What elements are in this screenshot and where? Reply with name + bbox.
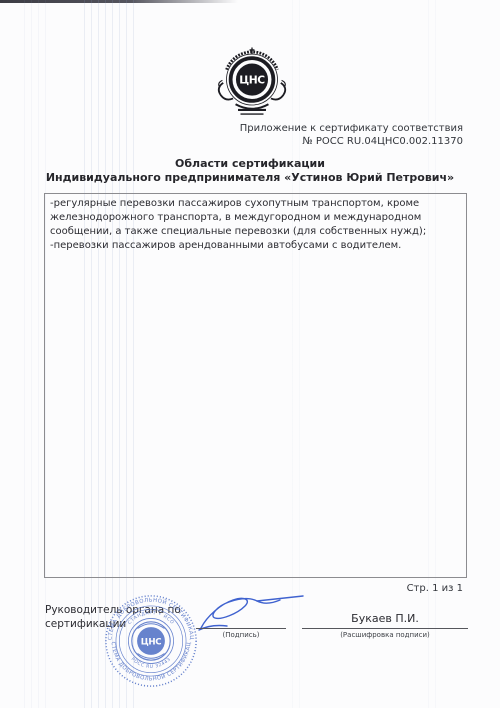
page-title: Области сертификации Индивидуального пре… [0, 157, 500, 185]
name-caption: (Расшифровка подписи) [302, 631, 468, 639]
title-line-1: Области сертификации [0, 157, 500, 171]
stamp-monogram: ЦНС [141, 637, 161, 647]
scan-stripe-artifact [24, 0, 46, 708]
signature-caption: (Подпись) [196, 631, 286, 639]
certification-body-logo: ЦНС [210, 45, 294, 119]
certification-scope-box: -регулярные перевозки пассажиров сухопут… [44, 193, 467, 578]
signature-line [196, 628, 286, 629]
certification-stamp: СИСТЕМА ДОБРОВОЛЬНОЙ СЕРТИФИКАЦИИ СИСТЕМ… [103, 593, 199, 689]
certificate-appendix-page: ЦНС Приложение к сертификату соответстви… [0, 0, 500, 708]
certificate-number: № РОСС RU.04ЦНС0.002.11370 [163, 135, 463, 148]
appendix-caption: Приложение к сертификату соответствия [163, 122, 463, 135]
title-line-2: Индивидуального предпринимателя «Устинов… [0, 171, 500, 185]
certificate-reference: Приложение к сертификату соответствия № … [163, 122, 463, 148]
scope-item: -регулярные перевозки пассажиров сухопут… [50, 197, 461, 239]
signer-name: Букаев П.И. [302, 612, 468, 625]
page-number: Стр. 1 из 1 [407, 583, 463, 594]
name-line [302, 628, 468, 629]
scan-edge-artifact [0, 0, 238, 3]
logo-monogram: ЦНС [239, 74, 265, 87]
scope-item: -перевозки пассажиров арендованными авто… [50, 239, 461, 253]
